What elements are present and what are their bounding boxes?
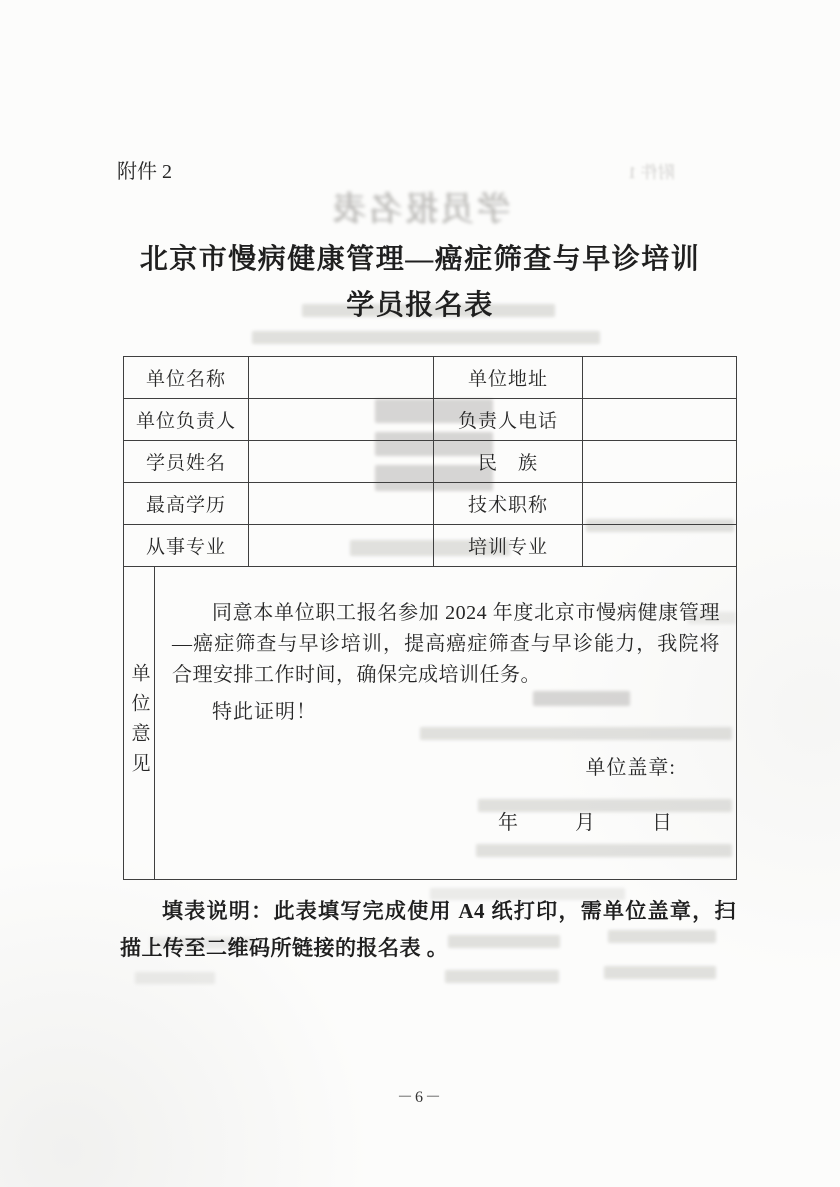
unit-opinion-label-cell: 单位意见	[124, 567, 155, 879]
field-education-label: 最高学历	[124, 483, 249, 524]
unit-stamp-label: 单位盖章:	[585, 757, 676, 779]
date-day-label: 日	[652, 812, 672, 834]
field-training-major-label: 培训专业	[434, 525, 583, 566]
table-row: 学员姓名 民 族	[124, 441, 736, 483]
unit-opinion-content: 同意本单位职工报名参加 2024 年度北京市慢病健康管理—癌症筛查与早诊培训，提…	[155, 567, 736, 879]
field-profession-value	[249, 525, 434, 566]
field-head-phone-value	[583, 399, 736, 440]
field-unit-name-value	[249, 357, 434, 398]
unit-opinion-row: 单位意见 同意本单位职工报名参加 2024 年度北京市慢病健康管理—癌症筛查与早…	[124, 567, 736, 879]
unit-stamp-line: 单位盖章:	[172, 751, 720, 780]
field-head-phone-label: 负责人电话	[434, 399, 583, 440]
date-year-label: 年	[498, 812, 518, 834]
table-row: 最高学历 技术职称	[124, 483, 736, 525]
document-title: 北京市慢病健康管理—癌症筛查与早诊培训 学员报名表	[0, 237, 840, 329]
field-tech-title-value	[583, 483, 736, 524]
attachment-label: 附件 2	[117, 155, 172, 184]
scanned-document-page: 附件 1 学员报名表 附件 2 北京市慢病健康管理—癌症筛查与早诊培训 学员报名…	[0, 0, 840, 1187]
field-unit-address-value	[583, 357, 736, 398]
opinion-body-text: 同意本单位职工报名参加 2024 年度北京市慢病健康管理—癌症筛查与早诊培训，提…	[172, 598, 720, 691]
table-row: 单位负责人 负责人电话	[124, 399, 736, 441]
table-row: 单位名称 单位地址	[124, 357, 736, 399]
field-unit-head-value	[249, 399, 434, 440]
unit-opinion-label: 单位意见	[126, 663, 153, 783]
table-row: 从事专业 培训专业	[124, 525, 736, 567]
page-number: －6－	[0, 1084, 840, 1107]
field-unit-name-label: 单位名称	[124, 357, 249, 398]
field-ethnicity-value	[583, 441, 736, 482]
title-line-1: 北京市慢病健康管理—癌症筛查与早诊培训	[0, 237, 840, 283]
date-line: 年 月 日	[172, 806, 720, 835]
field-unit-head-label: 单位负责人	[124, 399, 249, 440]
title-line-2: 学员报名表	[0, 283, 840, 329]
field-training-major-value	[583, 525, 736, 566]
date-month-label: 月	[575, 812, 595, 834]
opinion-closing-text: 特此证明！	[172, 695, 720, 724]
field-tech-title-label: 技术职称	[434, 483, 583, 524]
field-profession-label: 从事专业	[124, 525, 249, 566]
filling-instructions: 填表说明：此表填写完成使用 A4 纸打印，需单位盖章，扫描上传至二维码所链接的报…	[120, 893, 736, 967]
field-trainee-name-value	[249, 441, 434, 482]
field-unit-address-label: 单位地址	[434, 357, 583, 398]
field-trainee-name-label: 学员姓名	[124, 441, 249, 482]
field-ethnicity-label: 民 族	[434, 441, 583, 482]
document-content: 附件 2 北京市慢病健康管理—癌症筛查与早诊培训 学员报名表 单位名称 单位地址…	[0, 0, 840, 1187]
registration-form-table: 单位名称 单位地址 单位负责人 负责人电话 学员姓名 民 族 最高学历	[123, 356, 737, 880]
field-education-value	[249, 483, 434, 524]
